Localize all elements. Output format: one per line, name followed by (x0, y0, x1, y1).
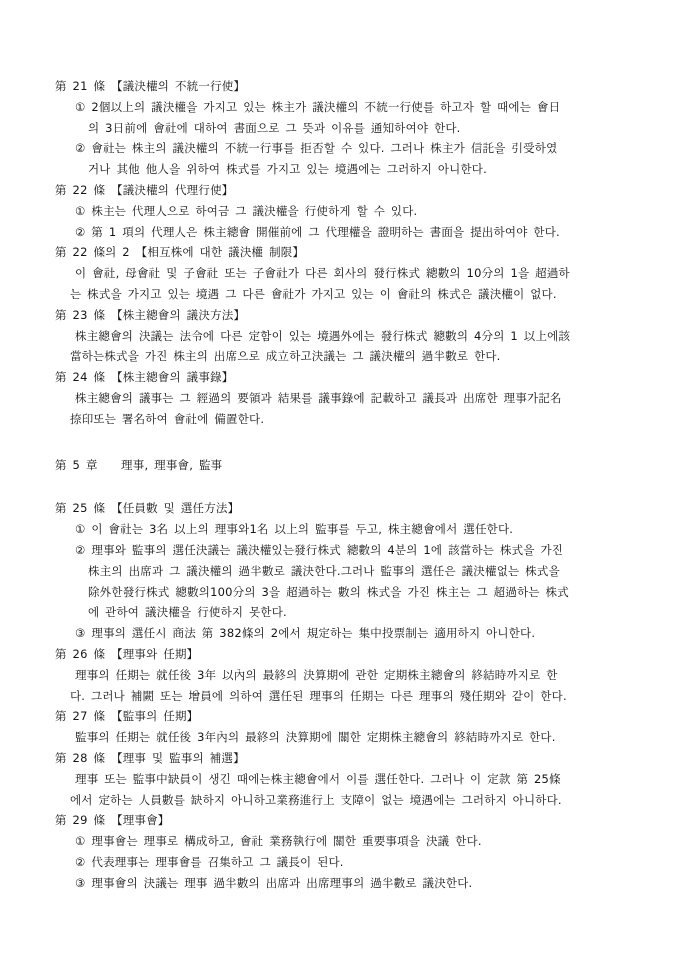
article-block: 第 28 條 【理事 및 監事의 補選】理事 또는 監事中缺員이 생긴 때에는株… (55, 748, 642, 810)
text-line: 監事의 任期는 就任後 3年內의 最終의 決算期에 關한 定期株主總會의 終結時… (75, 727, 642, 748)
text-line: ① 株主는 代理人으로 하여금 그 議決權을 行使하게 할 수 있다. (75, 201, 642, 222)
article-heading: 第 26 條 【理事와 任期】 (55, 644, 642, 665)
chapter-heading: 第 5 章 理事, 理事會, 監事 (55, 455, 642, 476)
text-line: 當하는株式을 가진 株主의 出席으로 成立하고決議는 그 議決權의 過半數로 한… (70, 346, 642, 367)
text-line: 다. 그러나 補闕 또는 增員에 의하여 選任된 理事의 任期는 다른 理事의 … (70, 686, 642, 707)
text-line: 理事 또는 監事中缺員이 생긴 때에는株主總會에서 이를 選任한다. 그러나 이… (75, 769, 642, 790)
text-line: 에 관하여 議決權을 行使하지 못한다. (88, 602, 642, 623)
article-block: 第 25 條 【任員數 및 選任方法】① 이 會社는 3名 以上의 理事와1名 … (55, 498, 642, 644)
text-line: ② 代表理事는 理事會를 召集하고 그 議長이 된다. (75, 852, 642, 873)
article-block: 第 22 條 【議決權의 代理行使】① 株主는 代理人으로 하여금 그 議決權을… (55, 180, 642, 242)
document-page: 第 21 條 【議決權의 不統一行使】① 2個以上의 議決權을 가지고 있는 株… (0, 0, 680, 962)
article-heading: 第 21 條 【議決權의 不統一行使】 (55, 76, 642, 97)
article-heading: 第 25 條 【任員數 및 選任方法】 (55, 498, 642, 519)
text-line: 除外한發行株式 總數의100分의 3을 超過하는 數의 株式을 가진 株主는 그… (88, 582, 642, 603)
article-heading: 第 24 條 【株主總會의 議事錄】 (55, 367, 642, 388)
text-line: ③ 理事의 選任시 商法 第 382條의 2에서 規定하는 集中投票制는 適用하… (75, 623, 642, 644)
article-block: 第 21 條 【議決權의 不統一行使】① 2個以上의 議決權을 가지고 있는 株… (55, 76, 642, 180)
article-block: 第 27 條 【監事의 任期】監事의 任期는 就任後 3年內의 最終의 決算期에… (55, 706, 642, 748)
article-heading: 第 28 條 【理事 및 監事의 補選】 (55, 748, 642, 769)
document-body: 第 21 條 【議決權의 不統一行使】① 2個以上의 議決權을 가지고 있는 株… (55, 76, 642, 893)
text-line: ① 理事會는 理事로 構成하고, 會社 業務執行에 關한 重要事項을 決議 한다… (75, 831, 642, 852)
article-heading: 第 27 條 【監事의 任期】 (55, 706, 642, 727)
text-line: ② 理事와 監事의 選任決議는 議決權있는發行株式 總數의 4분의 1에 該當하… (75, 540, 642, 561)
text-line: 理事의 任期는 就任後 3年 以內의 最終의 決算期에 관한 定期株主總會의 終… (75, 665, 642, 686)
article-block: 第 22 條의 2 【相互株에 대한 議決權 制限】이 會社, 母會社 및 子會… (55, 242, 642, 304)
text-line: ① 이 會社는 3名 以上의 理事와1名 以上의 監事를 두고, 株主總會에서 … (75, 519, 642, 540)
article-block: 第 24 條 【株主總會의 議事錄】株主總會의 議事는 그 經過의 要領과 結果… (55, 367, 642, 429)
text-line: 株主總會의 決議는 法令에 다른 定함이 있는 境遇外에는 發行株式 總數의 4… (75, 326, 642, 347)
text-line: 의 3日前에 會社에 대하여 書面으로 그 뜻과 이유를 通知하여야 한다. (88, 118, 642, 139)
text-line: ① 2個以上의 議決權을 가지고 있는 株主가 議決權의 不統一行使를 하고자 … (75, 97, 642, 118)
article-heading: 第 29 條 【理事會】 (55, 810, 642, 831)
chapter-block: 第 5 章 理事, 理事會, 監事 (55, 455, 642, 476)
text-line: 株主의 出席과 그 議決權의 過半數로 議決한다.그러나 監事의 選任은 議決權… (88, 561, 642, 582)
text-line: ③ 理事會의 決議는 理事 過半數의 出席과 出席理事의 過半數로 議決한다. (75, 873, 642, 894)
article-block: 第 26 條 【理事와 任期】理事의 任期는 就任後 3年 以內의 最終의 決算… (55, 644, 642, 706)
text-line: 에서 定하는 人員數를 缺하지 아니하고業務進行上 支障이 없는 境遇에는 그러… (70, 790, 642, 811)
article-heading: 第 22 條 【議決權의 代理行使】 (55, 180, 642, 201)
article-heading: 第 23 條 【株主總會의 議決方法】 (55, 305, 642, 326)
article-heading: 第 22 條의 2 【相互株에 대한 議決權 制限】 (55, 242, 642, 263)
text-line: 捺印또는 署名하여 會社에 備置한다. (70, 409, 642, 430)
text-line: 이 會社, 母會社 및 子會社 또는 子會社가 다른 회사의 發行株式 總數의 … (75, 263, 642, 284)
article-block: 第 29 條 【理事會】① 理事會는 理事로 構成하고, 會社 業務執行에 關한… (55, 810, 642, 893)
text-line: ② 會社는 株主의 議決權의 不統一行事를 拒否할 수 있다. 그러나 株主가 … (75, 138, 642, 159)
text-line: ② 第 1 項의 代理人은 株主總會 開催前에 그 代理權을 證明하는 書面을 … (75, 222, 642, 243)
text-line: 株主總會의 議事는 그 經過의 要領과 結果를 議事錄에 記載하고 議長과 出席… (75, 388, 642, 409)
article-block: 第 23 條 【株主總會의 議決方法】株主總會의 決議는 法令에 다른 定함이 … (55, 305, 642, 367)
text-line: 거나 其他 他人을 위하여 株式를 가지고 있는 境遇에는 그러하지 아니한다. (88, 159, 642, 180)
text-line: 는 株式을 가지고 있는 境遇 그 다른 會社가 가지고 있는 이 會社의 株式… (70, 284, 642, 305)
